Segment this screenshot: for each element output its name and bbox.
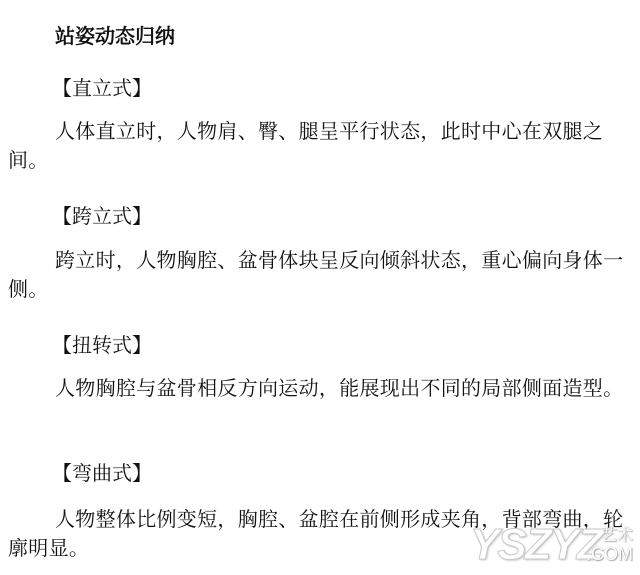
section-body-bend: 人物整体比例变短，胸腔、盆腔在前侧形成夹角，背部弯曲，轮廓明显。 <box>8 505 638 563</box>
document: 站姿动态归纳 【直立式】 人体直立时，人物肩、臀、腿呈平行状态，此时中心在双腿之… <box>0 0 640 575</box>
section-heading-upright: 【直立式】 <box>52 72 152 101</box>
section-body-straddle: 跨立时，人物胸腔、盆骨体块呈反向倾斜状态，重心偏向身体一侧。 <box>8 246 638 304</box>
section-body-twist: 人物胸腔与盆骨相反方向运动，能展现出不同的局部侧面造型。 <box>8 374 638 403</box>
section-body-upright: 人体直立时，人物肩、臀、腿呈平行状态，此时中心在双腿之间。 <box>8 117 638 175</box>
section-heading-twist: 【扭转式】 <box>52 329 152 358</box>
section-heading-straddle: 【跨立式】 <box>52 200 152 229</box>
document-title: 站姿动态归纳 <box>55 20 175 49</box>
section-heading-bend: 【弯曲式】 <box>52 457 152 486</box>
